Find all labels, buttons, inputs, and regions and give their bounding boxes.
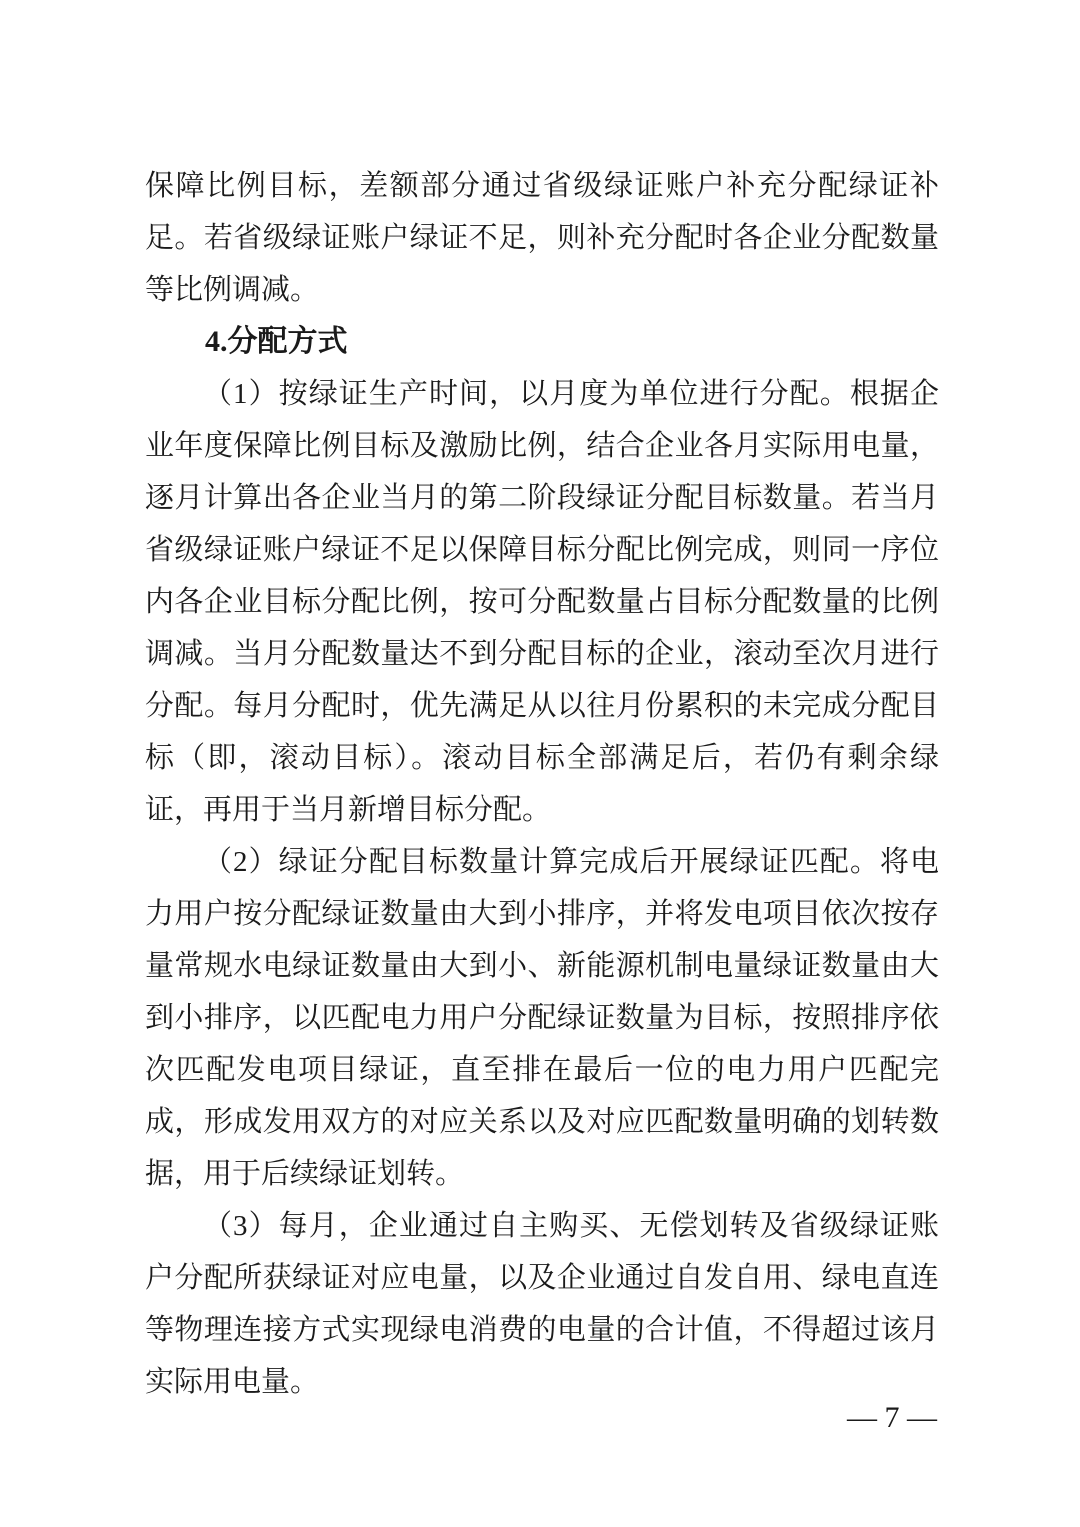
paragraph-2: （2）绿证分配目标数量计算完成后开展绿证匹配。将电力用户按分配绿证数量由大到小排…	[145, 836, 939, 1200]
document-body: 保障比例目标，差额部分通过省级绿证账户补充分配绿证补足。若省级绿证账户绿证不足，…	[145, 160, 939, 1408]
paragraph-1: （1）按绿证生产时间，以月度为单位进行分配。根据企业年度保障比例目标及激励比例，…	[145, 368, 939, 836]
paragraph-continued: 保障比例目标，差额部分通过省级绿证账户补充分配绿证补足。若省级绿证账户绿证不足，…	[145, 160, 939, 316]
paragraph-3: （3）每月，企业通过自主购买、无偿划转及省级绿证账户分配所获绿证对应电量，以及企…	[145, 1200, 939, 1408]
section-heading: 4.分配方式	[145, 316, 939, 368]
document-page: 保障比例目标，差额部分通过省级绿证账户补充分配绿证补足。若省级绿证账户绿证不足，…	[0, 0, 1080, 1527]
page-number: — 7 —	[847, 1396, 937, 1440]
